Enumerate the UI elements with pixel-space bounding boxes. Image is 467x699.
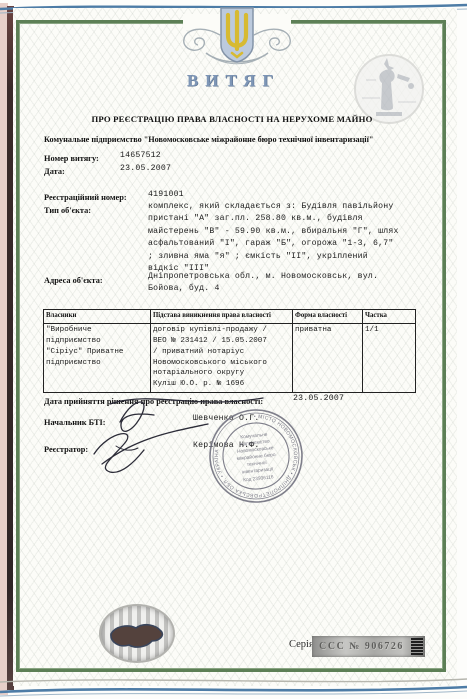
ownership-form-cell: приватна [293,323,363,392]
coat-of-arms-emblem [172,5,302,67]
hologram-seal [99,604,175,663]
col-share: Частка [363,310,416,324]
date-label: Дата: [44,167,65,177]
series-label: Серія [289,640,314,651]
object-type-label: Тип об'єкта: [44,206,91,216]
col-owners: Власники [44,310,151,324]
object-type-value: комплекс, який складається з: Будівля па… [148,201,438,275]
stamp-line: Код 23936116 [243,474,274,483]
col-basis: Підстава виникнення права власності [151,310,293,324]
date-value: 23.05.2007 [120,163,171,175]
object-address-label: Адреса об'єкта: [44,276,103,286]
table-row: "Виробниче підприємство "Сіріус" Приватн… [44,323,416,392]
extract-number-value: 14657512 [120,150,161,162]
document-title: ПРО РЕЄСТРАЦІЮ ПРАВА ВЛАСНОСТІ НА НЕРУХО… [20,114,444,125]
issuer-name: Комунальне підприємство "Новомосковське … [44,135,436,145]
owners-table: Власники Підстава виникнення права власн… [43,309,416,393]
bottom-wave-line [0,674,467,699]
owner-cell: "Виробниче підприємство "Сіріус" Приватн… [44,323,151,392]
round-stamp: • МІСТО НОВОМОСКОВСЬК • ДНІПРОПЕТРОВСЬКА… [200,404,312,512]
basis-cell: договір купівлі-продажу / ВЕО № 231412 /… [151,323,293,392]
serial-barcode-icon [411,638,423,655]
ukraine-map-icon [104,612,170,654]
owners-table-header-row: Власники Підстава виникнення права власн… [44,310,416,324]
reg-number-value: 4191001 [148,189,184,201]
document-scan: ВИТЯГ ПРО РЕЄСТРАЦІЮ ПРАВА ВЛАСНОСТІ НА … [0,0,467,699]
stamp-line: технічної [247,460,268,468]
serial-number: ССС № 906726 [312,642,411,652]
object-address-value: Дніпропетровська обл., м. Новомосковськ,… [148,271,438,296]
col-ownership-form: Форма власності [293,310,363,324]
share-cell: 1/1 [363,323,416,392]
reg-number-label: Реєстраційний номер: [44,193,127,203]
extract-number-label: Номер витягу: [44,154,99,164]
serial-foil-strip: ССС № 906726 [312,636,425,657]
